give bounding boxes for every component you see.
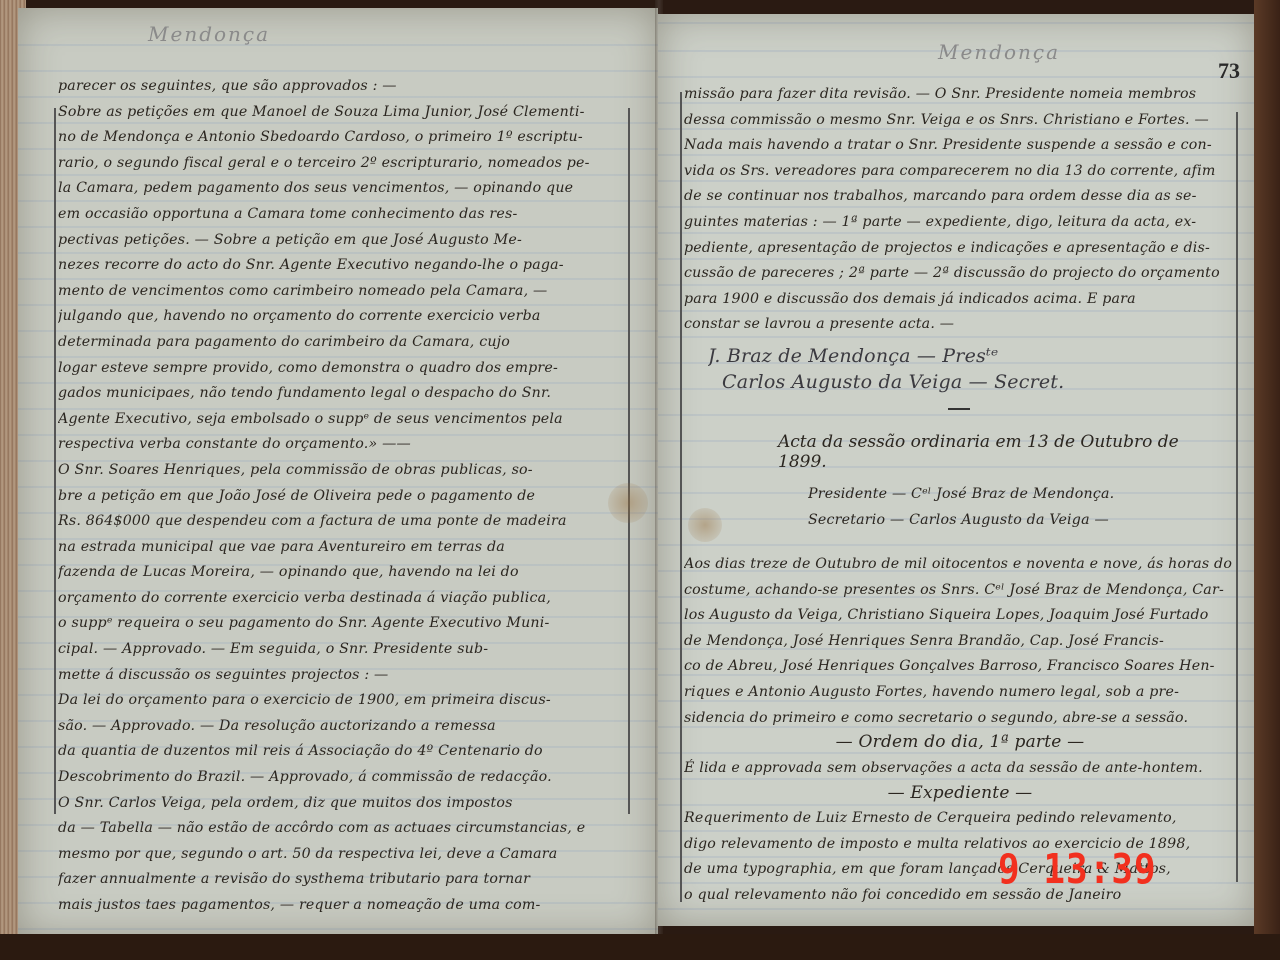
- text-line: vida os Srs. vereadores para comparecere…: [684, 159, 1236, 185]
- session-title: Acta da sessão ordinaria em 13 de Outubr…: [778, 432, 1228, 472]
- text-line: missão para fazer dita revisão. — O Snr.…: [684, 82, 1236, 108]
- text-line: o suppᵉ requeira o seu pagamento do Snr.…: [58, 611, 628, 637]
- text-line: Nada mais havendo a tratar o Snr. Presid…: [684, 133, 1236, 159]
- text-line: riques e Antonio Augusto Fortes, havendo…: [684, 680, 1236, 706]
- officer-president: Presidente — Cᵉˡ José Braz de Mendonça.: [808, 482, 1228, 508]
- text-line: em occasião opportuna a Camara tome conh…: [58, 202, 628, 228]
- separator-dash: [948, 408, 970, 410]
- camera-timestamp-overlay: 9 13:39: [998, 846, 1157, 893]
- session-sections: — Ordem do dia, 1ª parte — É lida e appr…: [684, 730, 1236, 807]
- text-line: fazer annualmente a revisão do systhema …: [58, 867, 628, 893]
- text-line: da — Tabella — não estão de accôrdo com …: [58, 816, 628, 842]
- left-right-margin-rule: [628, 108, 630, 814]
- text-line: dessa commissão o mesmo Snr. Veiga e os …: [684, 108, 1236, 134]
- text-line: Rs. 864$000 que despendeu com a factura …: [58, 509, 628, 535]
- paper-stain: [608, 483, 648, 523]
- text-line: gados municipaes, não tendo fundamento l…: [58, 381, 628, 407]
- text-line: nezes recorre do acto do Snr. Agente Exe…: [58, 253, 628, 279]
- text-line: orçamento do corrente exercicio verba de…: [58, 586, 628, 612]
- left-header-signature: Mendonça: [148, 22, 270, 46]
- text-line: da quantia de duzentos mil reis á Associ…: [58, 739, 628, 765]
- text-line: sidencia do primeiro e como secretario o…: [684, 706, 1236, 732]
- session-title-wrap: Acta da sessão ordinaria em 13 de Outubr…: [778, 432, 1228, 472]
- left-page: Mendonça parecer os seguintes, que são a…: [18, 8, 658, 938]
- text-line: Agente Executivo, seja embolsado o suppᵉ…: [58, 407, 628, 433]
- text-line: de Mendonça, José Henriques Senra Brandã…: [684, 629, 1236, 655]
- right-page: Mendonça 73 missão para fazer dita revis…: [658, 14, 1256, 926]
- text-line: mesmo por que, segundo o art. 50 da resp…: [58, 842, 628, 868]
- right-left-margin-rule: [680, 92, 682, 902]
- right-page-closing-text: missão para fazer dita revisão. — O Snr.…: [684, 82, 1236, 338]
- signature-president: J. Braz de Mendonça — Presᵗᵉ: [708, 344, 1208, 370]
- text-line: fazenda de Lucas Moreira, — opinando que…: [58, 560, 628, 586]
- text-line: rario, o segundo fiscal geral e o tercei…: [58, 151, 628, 177]
- text-line: são. — Approvado. — Da resolução auctori…: [58, 714, 628, 740]
- text-line: na estrada municipal que vae para Aventu…: [58, 535, 628, 561]
- section-order-of-day: — Ordem do dia, 1ª parte —: [684, 730, 1236, 756]
- session-body-text: Aos dias treze de Outubro de mil oitocen…: [684, 552, 1236, 731]
- text-line: guintes materias : — 1ª parte — expedien…: [684, 210, 1236, 236]
- text-line: pediente, apresentação de projectos e in…: [684, 236, 1236, 262]
- text-line: los Augusto da Veiga, Christiano Siqueir…: [684, 603, 1236, 629]
- text-line: la Camara, pedem pagamento dos seus venc…: [58, 176, 628, 202]
- text-line: respectiva verba constante do orçamento.…: [58, 432, 628, 458]
- text-line: O Snr. Carlos Veiga, pela ordem, diz que…: [58, 791, 628, 817]
- text-line: de se continuar nos trabalhos, marcando …: [684, 184, 1236, 210]
- approval-line: É lida e approvada sem observações a act…: [684, 756, 1236, 782]
- right-right-margin-rule: [1236, 112, 1238, 882]
- open-ledger-book: Mendonça parecer os seguintes, que são a…: [0, 0, 1280, 960]
- text-line: mais justos taes pagamentos, — requer a …: [58, 893, 628, 919]
- text-line: co de Abreu, José Henriques Gonçalves Ba…: [684, 654, 1236, 680]
- text-line: Aos dias treze de Outubro de mil oitocen…: [684, 552, 1236, 578]
- text-line: O Snr. Soares Henriques, pela commissão …: [58, 458, 628, 484]
- text-line: Sobre as petições em que Manoel de Souza…: [58, 100, 628, 126]
- text-line: parecer os seguintes, que são approvados…: [58, 74, 628, 100]
- left-page-text: parecer os seguintes, que são approvados…: [58, 74, 628, 919]
- text-line: julgando que, havendo no orçamento do co…: [58, 304, 628, 330]
- signatures: J. Braz de Mendonça — Presᵗᵉ Carlos Augu…: [708, 344, 1208, 395]
- text-line: pectivas petições. — Sobre a petição em …: [58, 228, 628, 254]
- text-line: bre a petição em que João José de Olivei…: [58, 484, 628, 510]
- text-line: no de Mendonça e Antonio Sbedoardo Cardo…: [58, 125, 628, 151]
- text-line: constar se lavrou a presente acta. —: [684, 312, 1236, 338]
- text-line: mento de vencimentos como carimbeiro nom…: [58, 279, 628, 305]
- text-line: Requerimento de Luiz Ernesto de Cerqueir…: [684, 806, 1236, 832]
- officer-secretary: Secretario — Carlos Augusto da Veiga —: [808, 508, 1228, 534]
- text-line: mette á discussão os seguintes projectos…: [58, 663, 628, 689]
- signature-secretary: Carlos Augusto da Veiga — Secret.: [708, 370, 1208, 396]
- text-line: cussão de pareceres ; 2ª parte — 2ª disc…: [684, 261, 1236, 287]
- officers-list: Presidente — Cᵉˡ José Braz de Mendonça. …: [808, 482, 1228, 533]
- section-expediente: — Expediente —: [684, 781, 1236, 807]
- right-header-signature: Mendonça: [938, 40, 1060, 64]
- paper-stain: [688, 508, 722, 542]
- text-line: costume, achando-se presentes os Snrs. C…: [684, 578, 1236, 604]
- text-line: para 1900 e discussão dos demais já indi…: [684, 287, 1236, 313]
- right-book-edge: [1254, 0, 1280, 960]
- text-line: Da lei do orçamento para o exercicio de …: [58, 688, 628, 714]
- text-line: logar esteve sempre provido, como demons…: [58, 356, 628, 382]
- text-line: cipal. — Approvado. — Em seguida, o Snr.…: [58, 637, 628, 663]
- text-line: Descobrimento do Brazil. — Approvado, á …: [58, 765, 628, 791]
- book-bottom-edge: [0, 934, 1280, 960]
- text-line: determinada para pagamento do carimbeiro…: [58, 330, 628, 356]
- page-number: 73: [1218, 58, 1240, 84]
- left-margin-rule: [54, 108, 56, 814]
